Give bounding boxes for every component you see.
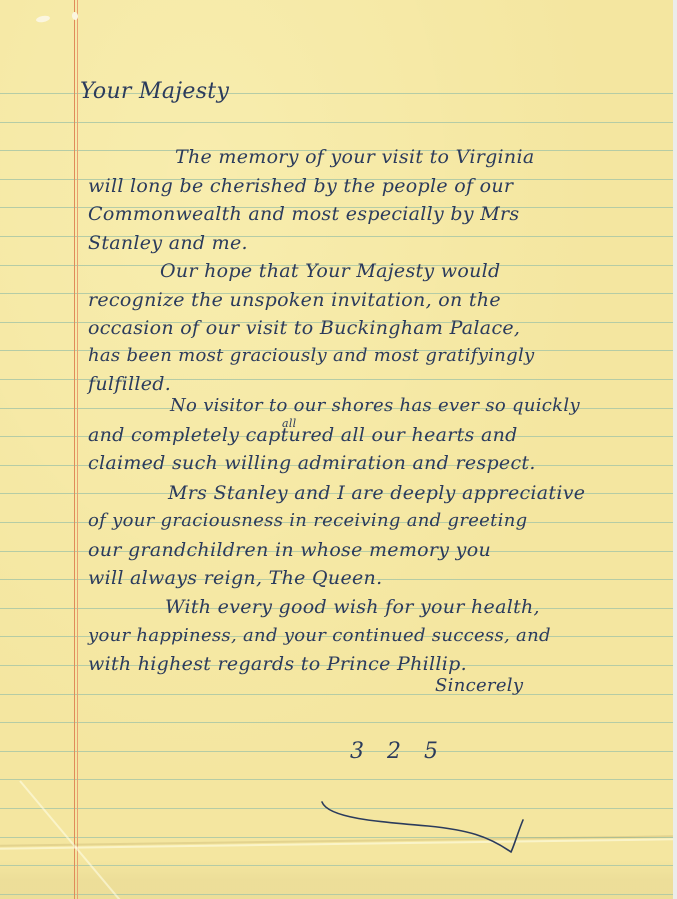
legal-pad-page: Your Majesty The memory of your visit to…: [0, 0, 673, 899]
closing: Sincerely: [435, 672, 523, 700]
letter-line: will long be cherished by the people of …: [88, 172, 513, 200]
letter-line: Our hope that Your Majesty would: [160, 257, 500, 285]
letter-line: With every good wish for your health,: [165, 593, 540, 621]
margin-line: [74, 0, 75, 899]
ruled-line: [0, 894, 673, 895]
letter-line: Mrs Stanley and I are deeply appreciativ…: [168, 479, 585, 507]
initials-mark: 3 2 5: [350, 738, 446, 766]
letter-line: fulfilled.: [88, 370, 171, 398]
letter-line: your happiness, and your continued succe…: [88, 622, 551, 650]
salutation: Your Majesty: [80, 78, 229, 106]
letter-line: our grandchildren in whose memory you: [88, 536, 491, 564]
letter-line: No visitor to our shores has ever so qui…: [170, 392, 580, 420]
ruled-line: [0, 722, 673, 723]
letter-line: has been most graciously and most gratif…: [88, 342, 534, 370]
letter-line: Stanley and me.: [88, 229, 248, 257]
letter-line: Commonwealth and most especially by Mrs: [88, 200, 519, 228]
signature-flourish-icon: [318, 796, 528, 866]
margin-line-inner: [77, 0, 78, 899]
ruled-line: [0, 779, 673, 780]
letter-line: recognize the unspoken invitation, on th…: [88, 286, 501, 314]
ruled-line: [0, 694, 673, 695]
page-edge: [673, 0, 677, 899]
letter-line: The memory of your visit to Virginia: [175, 143, 534, 171]
ruled-line: [0, 751, 673, 752]
letter-line: claimed such willing admiration and resp…: [88, 449, 536, 477]
ruled-line: [0, 122, 673, 123]
letter-line: and completely captured all our hearts a…: [88, 421, 518, 449]
insertion-mark: all: [282, 410, 297, 438]
letter-line: with highest regards to Prince Phillip.: [88, 650, 467, 678]
letter-line: will always reign, The Queen.: [88, 564, 382, 592]
letter-line: of your graciousness in receiving and gr…: [88, 507, 527, 535]
letter-line: occasion of our visit to Buckingham Pala…: [88, 314, 520, 342]
